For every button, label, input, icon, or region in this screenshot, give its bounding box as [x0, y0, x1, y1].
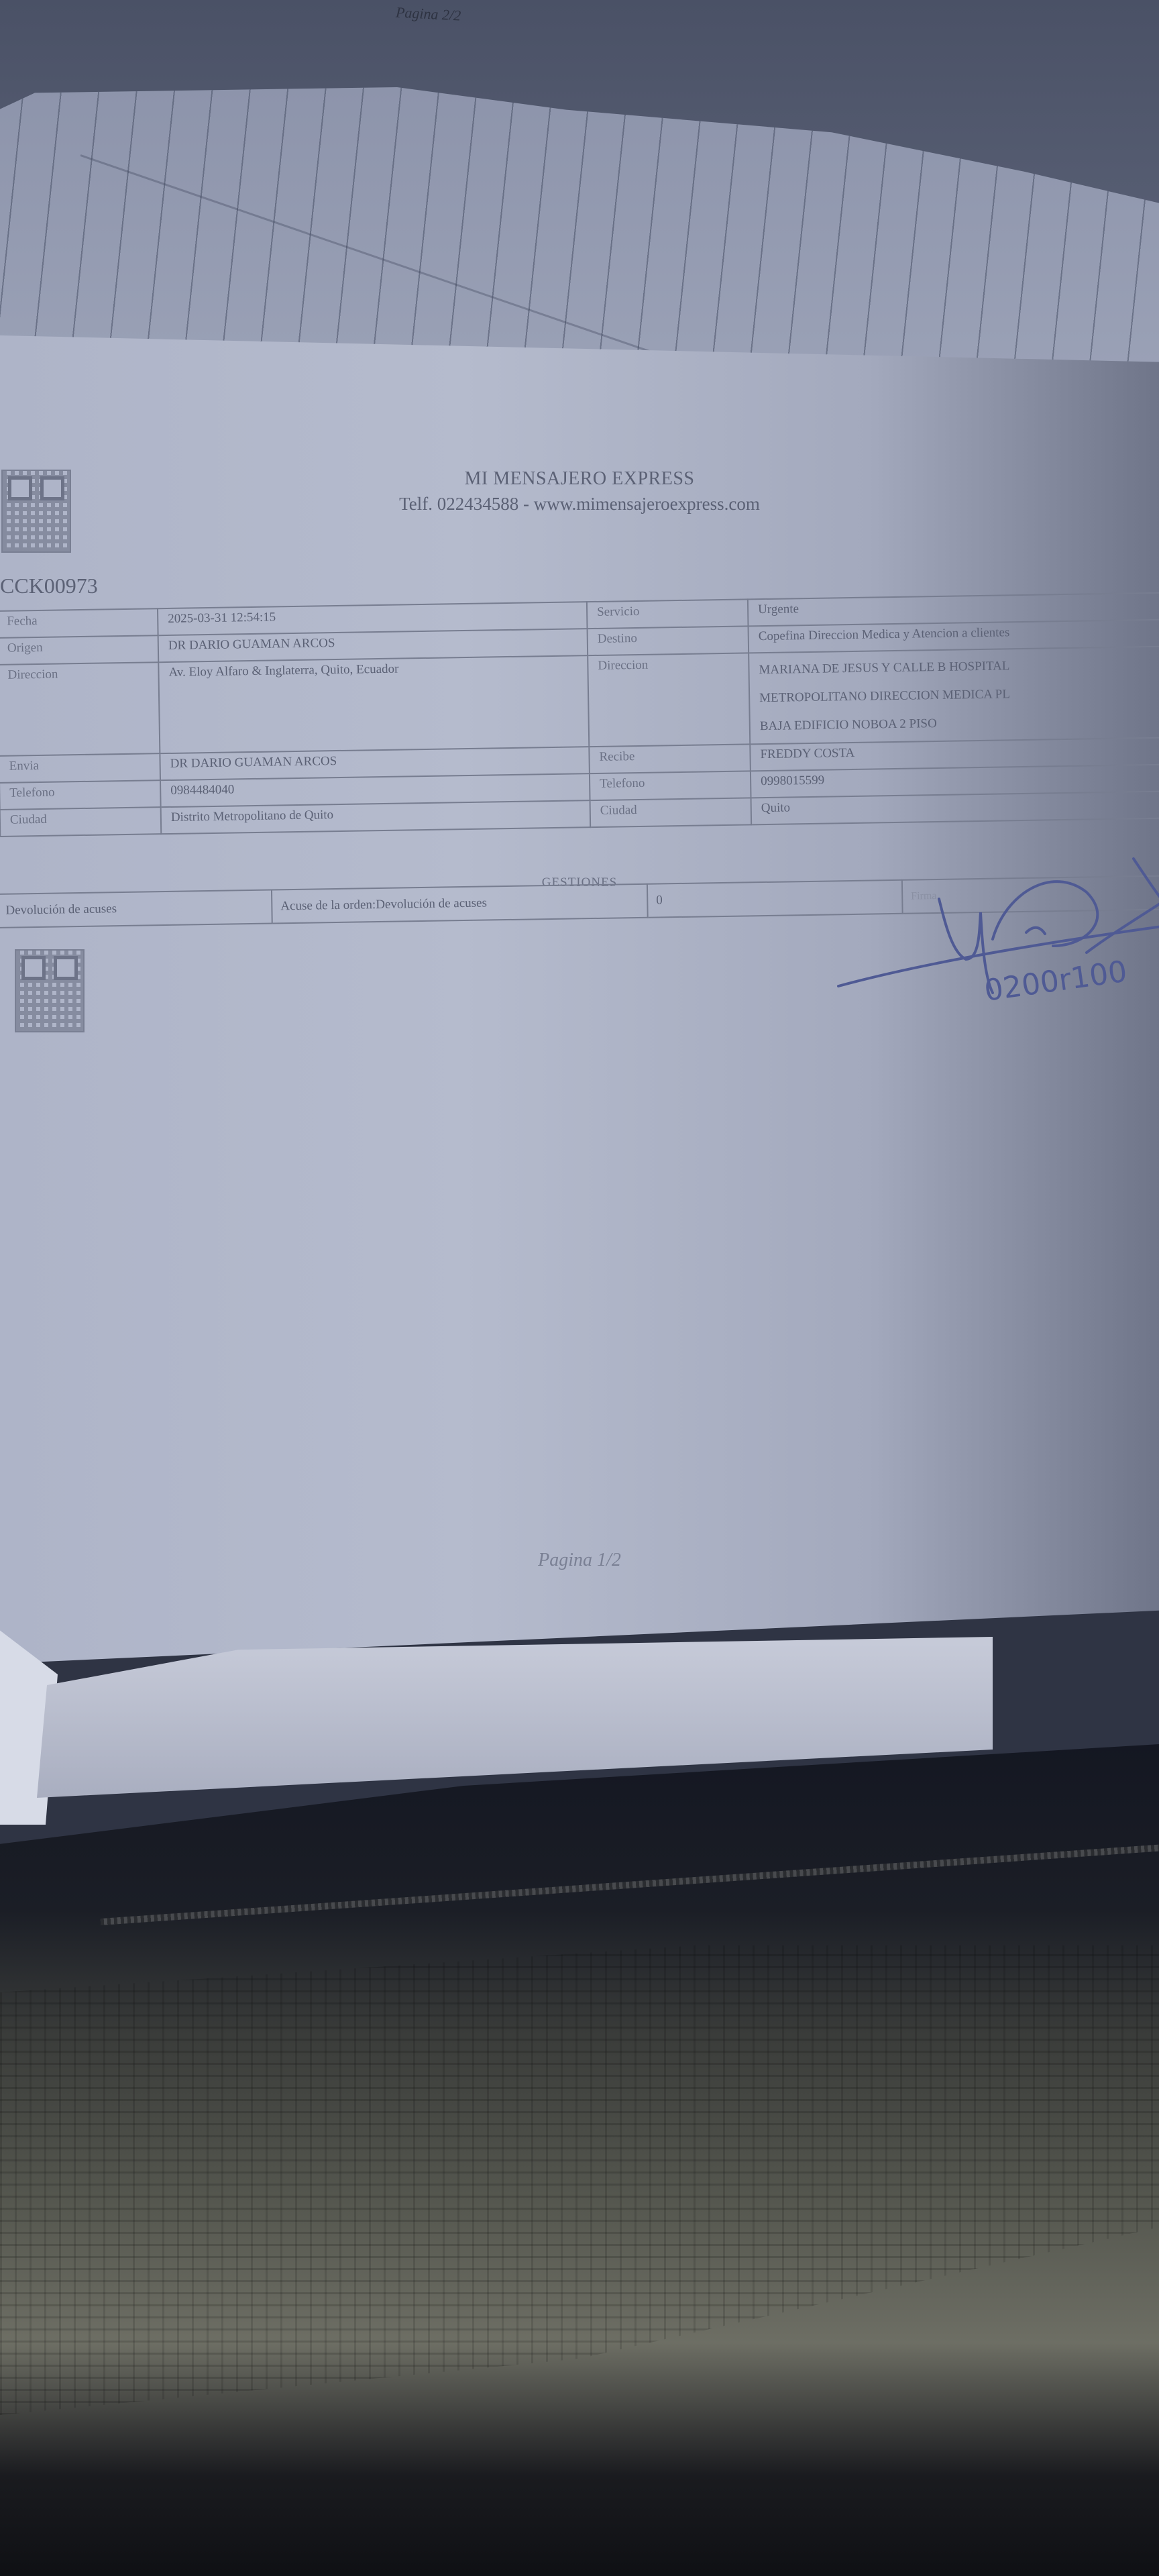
address-line: BAJA EDIFICIO NOBOA 2 PISO [760, 706, 1159, 741]
field-label: Direccion [588, 653, 750, 747]
gestion-type: Devolución de acuses [0, 890, 272, 928]
gestion-detail: Acuse de la orden:Devolución de acuses [272, 884, 648, 924]
field-label: Destino [588, 626, 749, 655]
field-label: Direccion [0, 662, 160, 756]
field-value: Av. Eloy Alfaro & Inglaterra, Quito, Ecu… [158, 655, 589, 753]
background-page-label: Pagina 2/2 [395, 3, 461, 24]
handwritten-note: 0200r100 [982, 955, 1129, 1008]
field-label: Telefono [590, 771, 751, 800]
shipment-info-table: Fecha 2025-03-31 12:54:15 Servicio Urgen… [0, 592, 1159, 837]
handwritten-signature: 0200r100 [832, 852, 1159, 1013]
delivery-receipt: MI MENSAJERO EXPRESS Telf. 022434588 - w… [0, 335, 1159, 1664]
table-row: Direccion Av. Eloy Alfaro & Inglaterra, … [0, 646, 1159, 756]
company-name: MI MENSAJERO EXPRESS [0, 468, 1159, 490]
field-label: Recibe [589, 744, 751, 773]
field-label: Fecha [0, 608, 158, 638]
tracking-code: CCK00973 [0, 574, 98, 598]
company-contact: Telf. 022434588 - www.mimensajeroexpress… [0, 494, 1159, 515]
qr-code-icon [15, 949, 85, 1032]
destination-address: MARIANA DE JESUS Y CALLE B HOSPITAL METR… [749, 646, 1159, 744]
field-label: Servicio [587, 599, 749, 629]
field-label: Origen [0, 635, 158, 665]
field-label: Ciudad [590, 798, 752, 827]
field-label: Envia [0, 753, 160, 783]
field-label: Ciudad [0, 807, 161, 837]
field-label: Telefono [0, 780, 161, 810]
page-number: Pagina 1/2 [0, 1550, 1159, 1571]
